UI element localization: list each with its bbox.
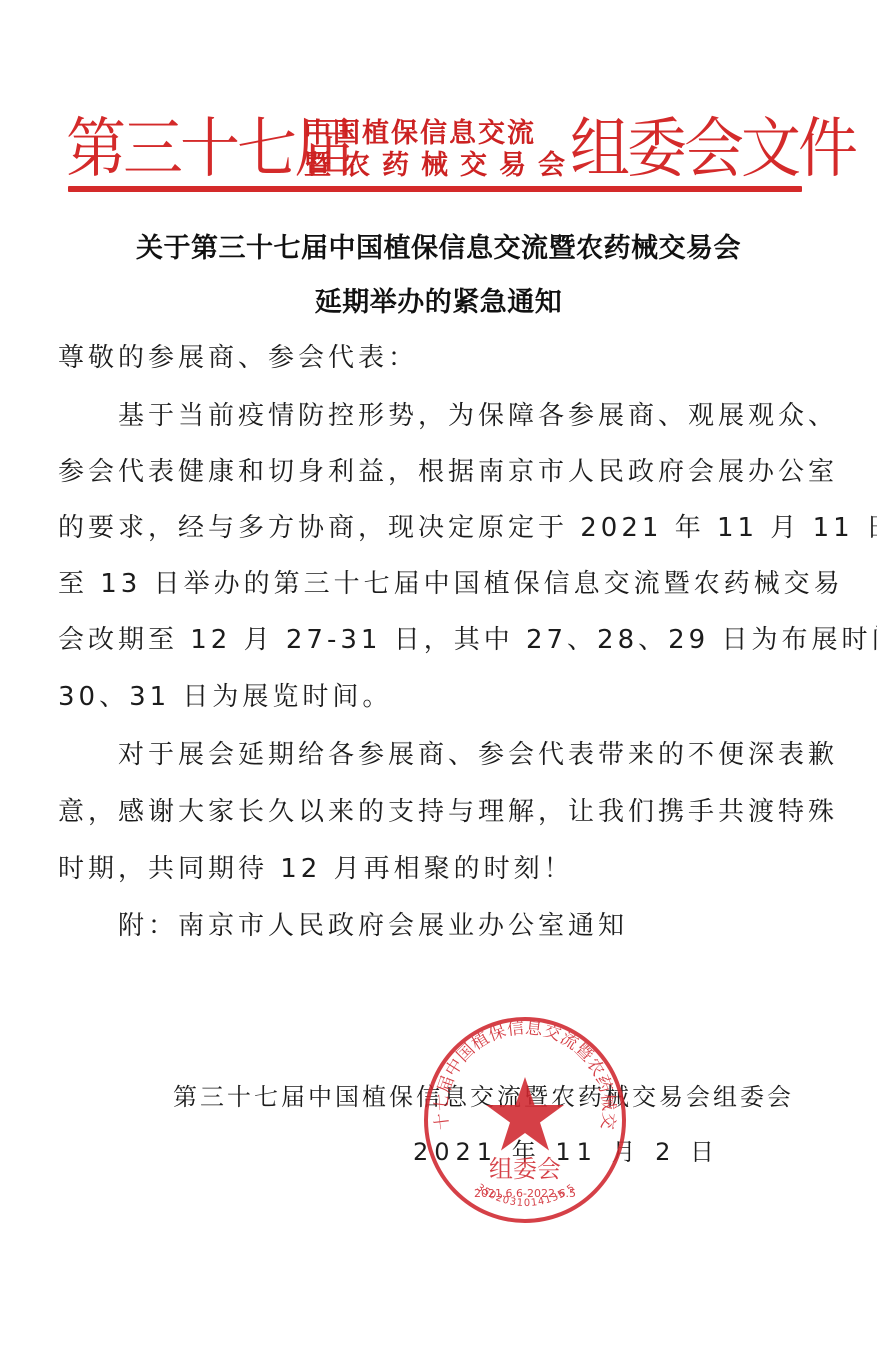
header-event-line-2: 暨农药械交易会 [304, 150, 566, 182]
attachment-note: 附：南京市人民政府会展业办公室通知 [118, 905, 628, 942]
header-event-line-1: 中国植保信息交流 [304, 118, 566, 150]
paragraph-1-line: 的要求，经与多方协商，现决定原定于 2021 年 11 月 11 日 [58, 507, 877, 544]
notice-title-line-2: 延期举办的紧急通知 [0, 280, 877, 319]
paragraph-1-line: 参会代表健康和切身利益，根据南京市人民政府会展办公室 [58, 451, 838, 488]
svg-text:组委会: 组委会 [489, 1155, 561, 1183]
paragraph-1-line: 基于当前疫情防控形势，为保障各参展商、观展观众、 [118, 395, 838, 432]
header-event-name: 中国植保信息交流 暨农药械交易会 [304, 118, 566, 182]
paragraph-2-line: 时期，共同期待 12 月再相聚的时刻！ [58, 848, 574, 885]
document-header: 第三十七届 中国植保信息交流 暨农药械交易会 组委会文件 [66, 108, 802, 194]
salutation: 尊敬的参展商、参会代表： [58, 337, 418, 374]
notice-title-line-1: 关于第三十七届中国植保信息交流暨农药械交易会 [0, 226, 877, 265]
paragraph-2-line: 对于展会延期给各参展商、参会代表带来的不便深表歉 [118, 734, 838, 771]
official-seal-icon: 第三十七届中国植保信息交流暨农药械交易会 组委会 2021.6.6-2022.6… [420, 1015, 630, 1225]
paragraph-2-line: 意，感谢大家长久以来的支持与理解，让我们携手共渡特殊 [58, 791, 838, 828]
paragraph-1-line: 30、31 日为展览时间。 [58, 676, 392, 713]
paragraph-1-line: 会改期至 12 月 27-31 日，其中 27、28、29 日为布展时间， [58, 619, 877, 656]
paragraph-1-line: 至 13 日举办的第三十七届中国植保信息交流暨农药械交易 [58, 563, 844, 600]
header-red-rule [68, 186, 802, 192]
header-document-type: 组委会文件 [570, 108, 855, 190]
